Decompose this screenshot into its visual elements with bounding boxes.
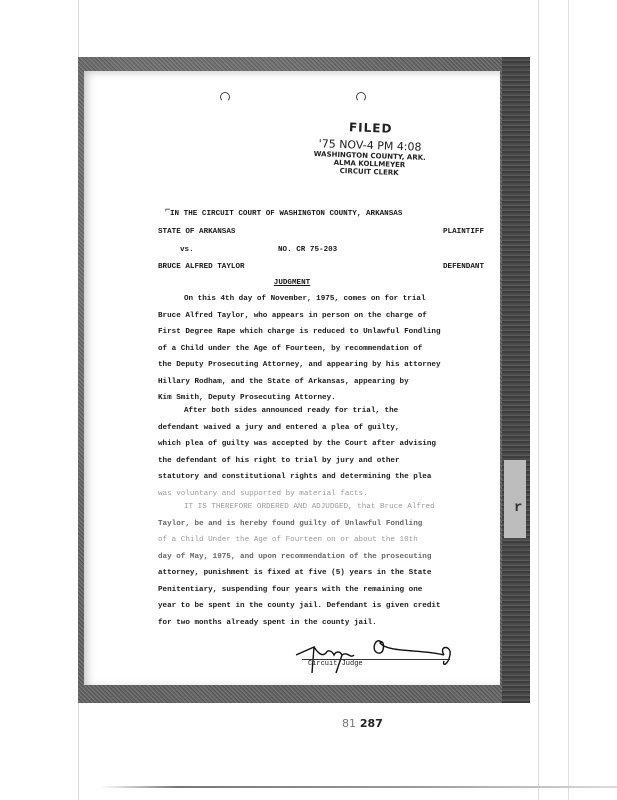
- edge-glyph: r: [514, 500, 522, 516]
- text-line: Penitentiary, suspending four years with…: [158, 582, 498, 599]
- text-line: Bruce Alfred Taylor, who appears in pers…: [158, 308, 498, 325]
- background-line: [538, 0, 539, 800]
- scanned-document: r FILED '75 NOV-4 PM 4:08 WASHINGTON COU…: [78, 57, 530, 703]
- document-number-value: 287: [360, 717, 383, 730]
- punch-hole-icon: [220, 92, 230, 102]
- scan-edge-right: r: [502, 57, 530, 703]
- document-heading: JUDGMENT: [84, 279, 500, 287]
- paragraph-order: IT IS THEREFORE ORDERED AND ADJUDGED, th…: [158, 499, 498, 631]
- text-line: First Degree Rape which charge is reduce…: [158, 324, 498, 341]
- text-line: year to be spent in the county jail. Def…: [158, 598, 498, 615]
- defendant-label: DEFENDANT: [443, 263, 484, 271]
- signature-scrawl-icon: [292, 633, 462, 677]
- text-line: the defendant of his right to trial by j…: [158, 453, 498, 470]
- court-name: IN THE CIRCUIT COURT OF WASHINGTON COUNT…: [170, 210, 402, 218]
- court-title: ⌐ IN THE CIRCUIT COURT OF WASHINGTON COU…: [170, 210, 510, 218]
- text-line: statutory and constitutional rights and …: [158, 469, 498, 486]
- text-line: attorney, punishment is fixed at five (5…: [158, 565, 498, 582]
- filed-stamp: FILED '75 NOV-4 PM 4:08 WASHINGTON COUNT…: [299, 119, 441, 179]
- signature-label: Circuit Judge: [308, 660, 363, 668]
- document-page: FILED '75 NOV-4 PM 4:08 WASHINGTON COUNT…: [84, 71, 500, 685]
- punch-hole-icon: [356, 92, 366, 102]
- paragraph-plea: After both sides announced ready for tri…: [158, 403, 498, 502]
- plaintiff-name: STATE OF ARKANSAS: [158, 228, 235, 236]
- versus: vs.: [180, 246, 194, 254]
- text-line: day of May, 1975, and upon recommendatio…: [158, 549, 498, 566]
- case-number: NO. CR 75-203: [278, 246, 337, 254]
- scan-gray-patch: r: [504, 460, 526, 538]
- text-line: which plea of guilty was accepted by the…: [158, 436, 498, 453]
- text-line: the Deputy Prosecuting Attorney, and app…: [158, 357, 498, 374]
- plaintiff-label: PLAINTIFF: [443, 228, 484, 236]
- document-number: 81 287: [342, 717, 383, 730]
- paragraph-trial: On this 4th day of November, 1975, comes…: [158, 291, 498, 407]
- plaintiff-row: STATE OF ARKANSAS PLAINTIFF: [158, 228, 484, 236]
- text-line: for two months already spent in the coun…: [158, 615, 498, 632]
- defendant-name: BRUCE ALFRED TAYLOR: [158, 263, 245, 271]
- text-line: IT IS THEREFORE ORDERED AND ADJUDGED, th…: [158, 499, 498, 516]
- stamp-filed: FILED: [301, 119, 441, 138]
- defendant-row: BRUCE ALFRED TAYLOR DEFENDANT: [158, 263, 484, 271]
- text-line: After both sides announced ready for tri…: [158, 403, 498, 420]
- text-line: Taylor, be and is hereby found guilty of…: [158, 516, 498, 533]
- text-line: On this 4th day of November, 1975, comes…: [158, 291, 498, 308]
- text-line: of a Child Under the Age of Fourteen on …: [158, 532, 498, 549]
- text-line: Hillary Rodham, and the State of Arkansa…: [158, 374, 498, 391]
- document-number-prefix: 81: [342, 717, 356, 730]
- judge-signature: Circuit Judge: [292, 633, 462, 673]
- background-edge: [100, 786, 617, 788]
- handwritten-mark-icon: ⌐: [165, 205, 170, 215]
- background-line: [568, 0, 569, 800]
- text-line: defendant waived a jury and entered a pl…: [158, 420, 498, 437]
- text-line: of a Child under the Age of Fourteen, by…: [158, 341, 498, 358]
